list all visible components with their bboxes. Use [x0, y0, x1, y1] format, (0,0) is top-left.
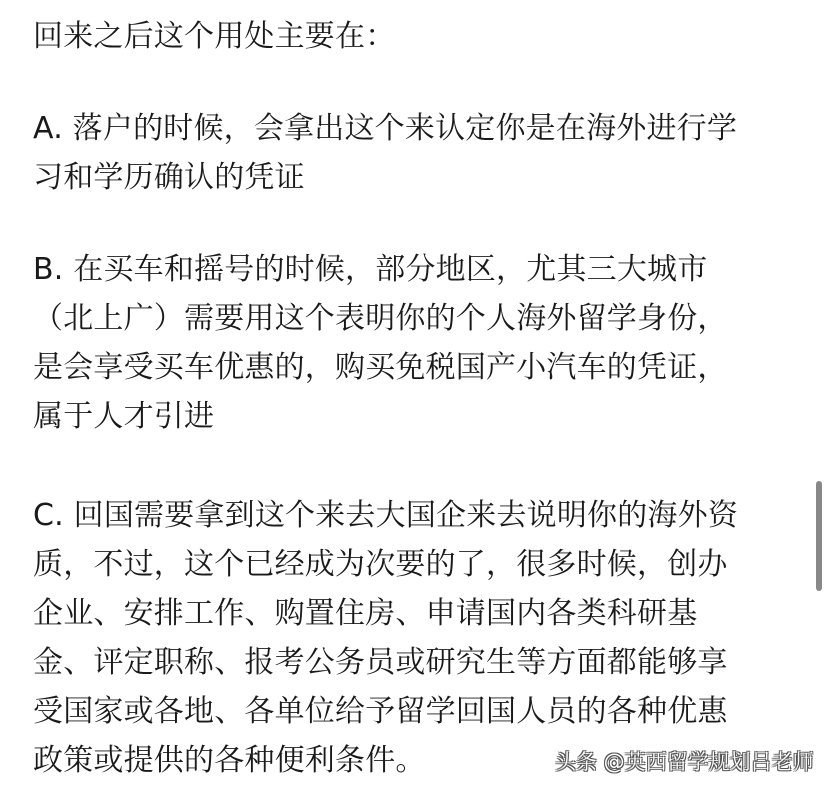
text-line: 是会享受买车优惠的，购买免税国产小汽车的凭证，	[33, 343, 803, 392]
article-body: 回来之后这个用处主要在： A. 落户的时候，会拿出这个来认定你是在海外进行学 习…	[33, 12, 803, 785]
text-line: 回来之后这个用处主要在：	[33, 12, 803, 61]
text-line: B. 在买车和摇号的时候，部分地区，尤其三大城市	[33, 245, 803, 294]
text-line: 质，不过，这个已经成为次要的了，很多时候，创办	[33, 540, 803, 589]
paragraph-spacer	[33, 202, 803, 245]
author-watermark: 头条 @英西留学规划吕老师	[555, 746, 814, 776]
vertical-scrollbar[interactable]	[816, 481, 822, 591]
paragraph-spacer	[33, 61, 803, 104]
text-line: （北上广）需要用这个表明你的个人海外留学身份，	[33, 294, 803, 343]
item-c-paragraph: C. 回国需要拿到这个来去大国企来去说明你的海外资 质，不过，这个已经成为次要的…	[33, 491, 803, 785]
text-line: C. 回国需要拿到这个来去大国企来去说明你的海外资	[33, 491, 803, 540]
item-a-paragraph: A. 落户的时候，会拿出这个来认定你是在海外进行学 习和学历确认的凭证	[33, 104, 803, 202]
text-line: 受国家或各地、各单位给予留学回国人员的各种优惠	[33, 687, 803, 736]
paragraph-spacer	[33, 441, 803, 491]
text-line: 习和学历确认的凭证	[33, 153, 803, 202]
text-line: 企业、安排工作、购置住房、申请国内各类科研基	[33, 589, 803, 638]
text-line: 金、评定职称、报考公务员或研究生等方面都能够享	[33, 638, 803, 687]
text-line: 属于人才引进	[33, 392, 803, 441]
text-line: A. 落户的时候，会拿出这个来认定你是在海外进行学	[33, 104, 803, 153]
item-b-paragraph: B. 在买车和摇号的时候，部分地区，尤其三大城市 （北上广）需要用这个表明你的个…	[33, 245, 803, 441]
intro-paragraph: 回来之后这个用处主要在：	[33, 12, 803, 61]
